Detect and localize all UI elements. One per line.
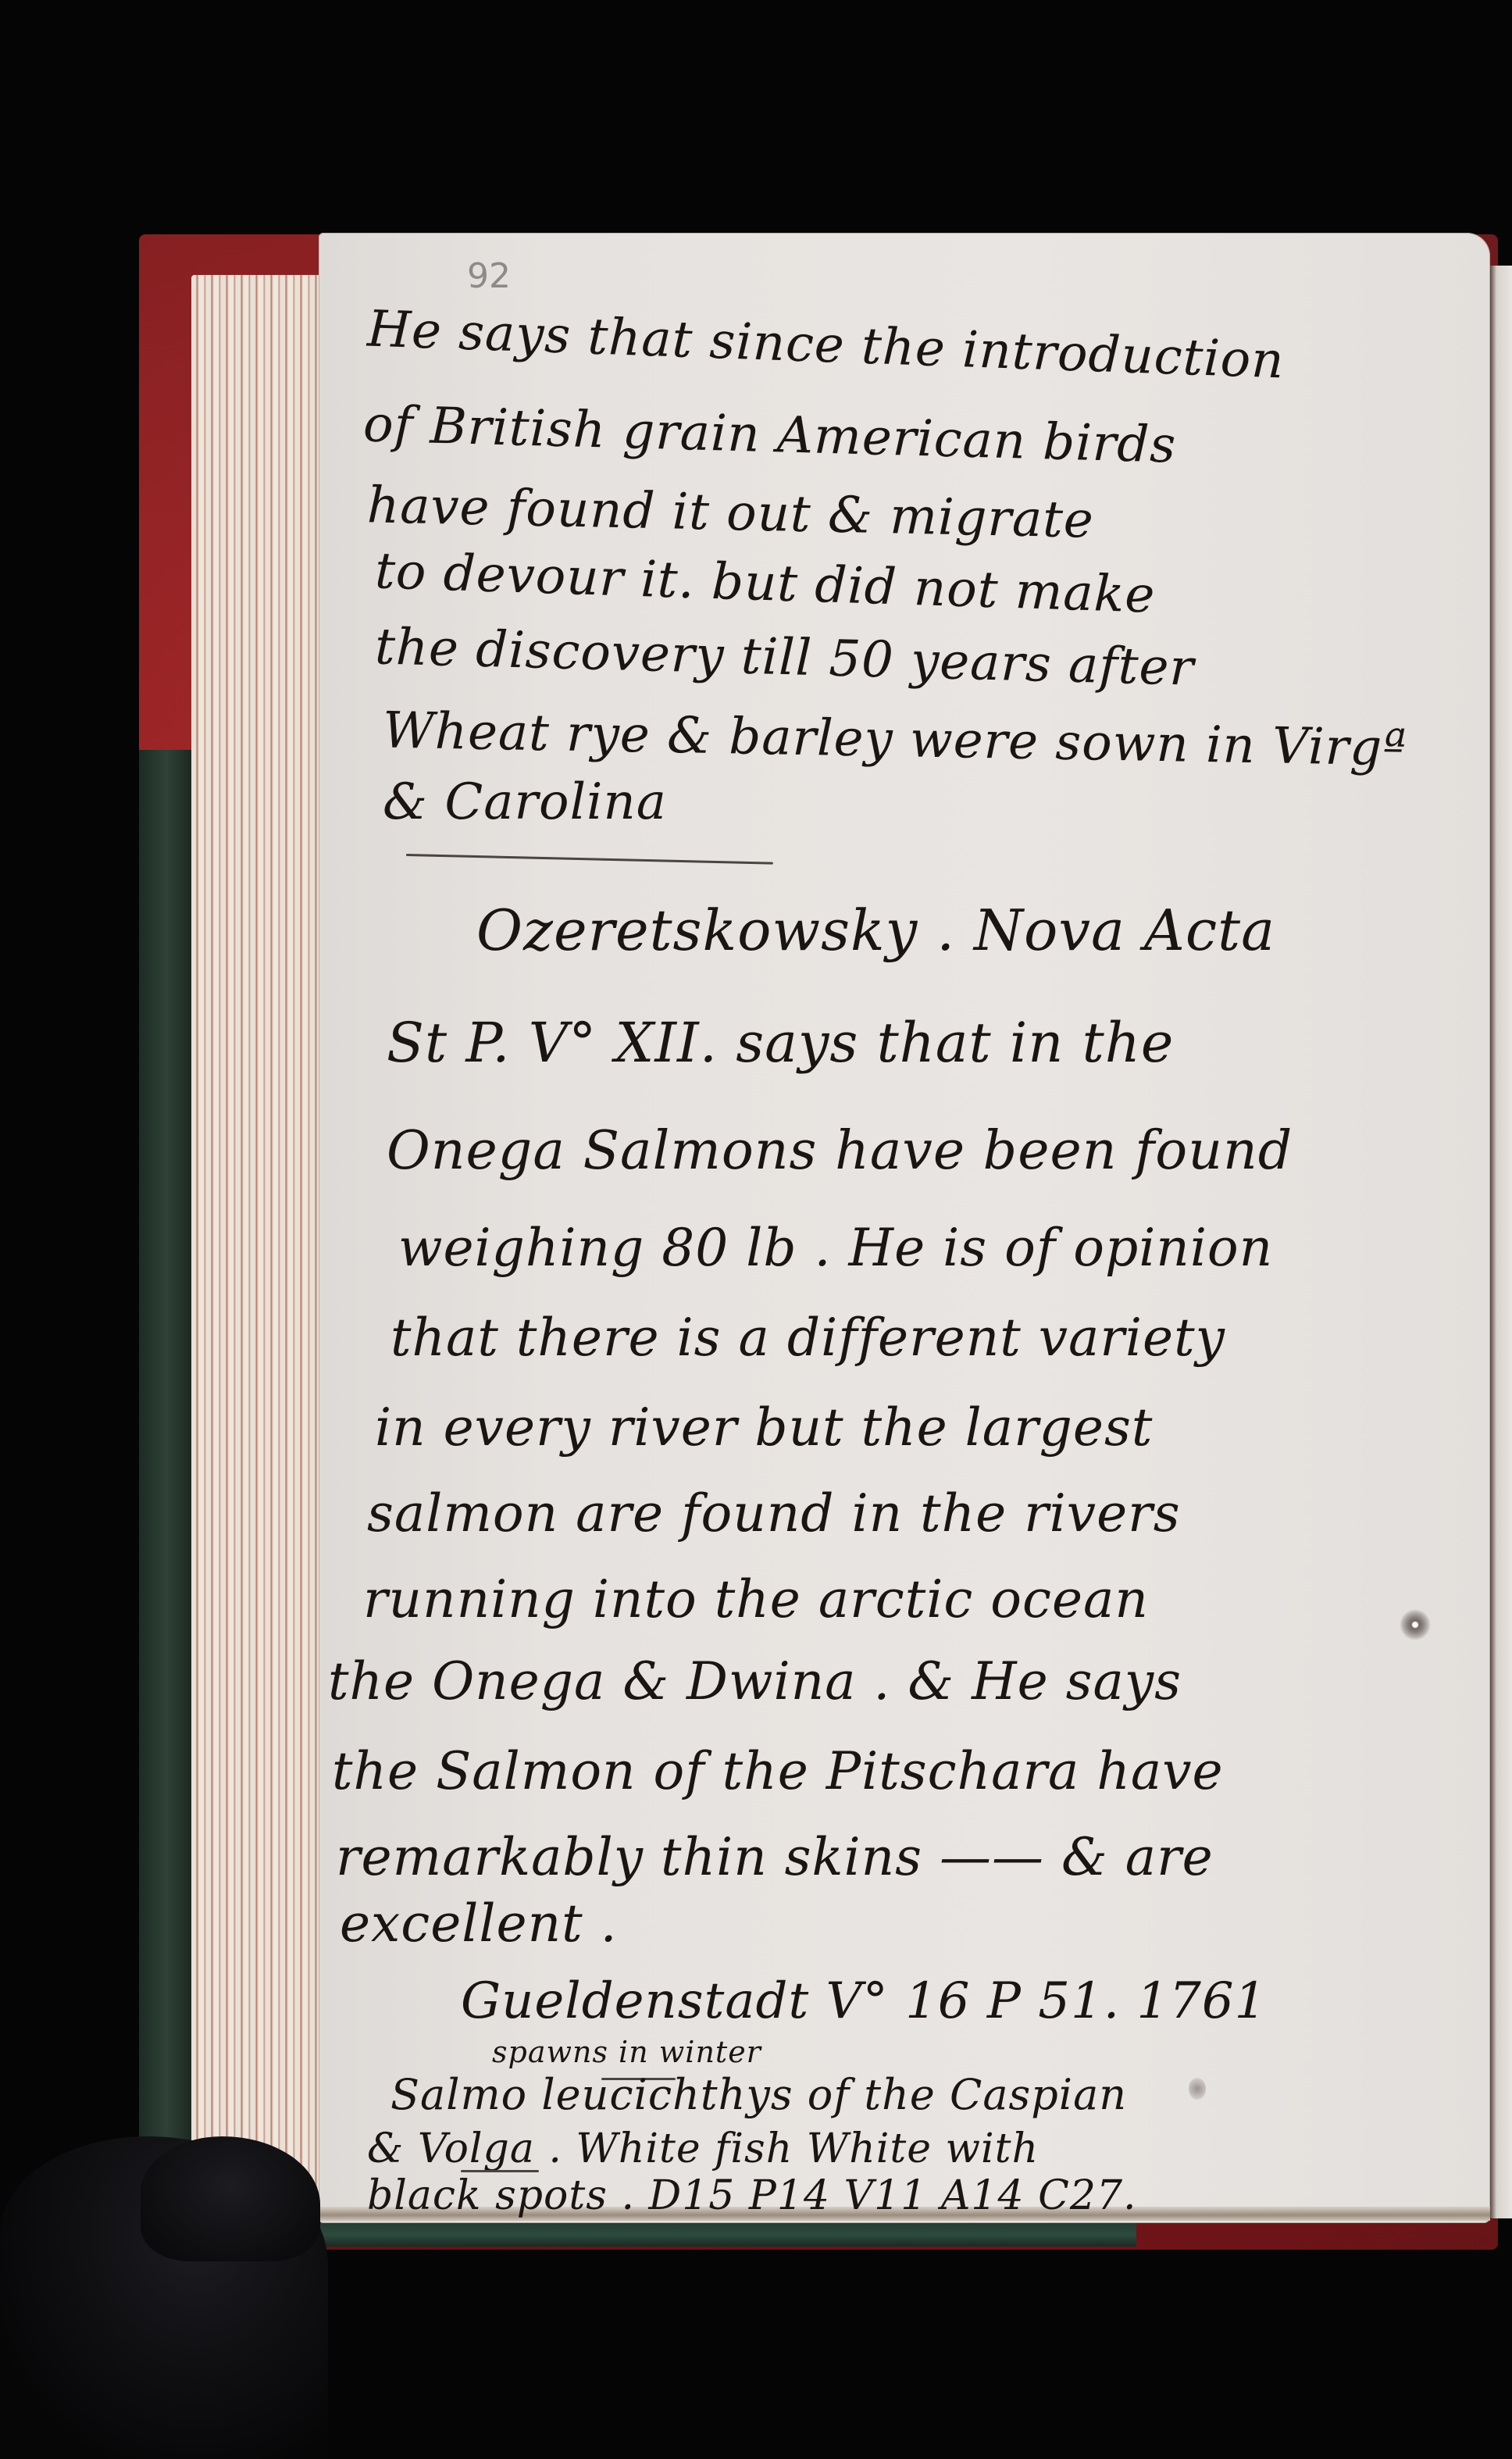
- entry-2-line-10: the Salmon of the Pitschara have: [332, 1746, 1224, 1797]
- pencil-page-number: 92: [467, 256, 511, 296]
- entry-2-line-1: Ozeretskowsky . Nova Acta: [476, 902, 1275, 958]
- page-stack-edges: [191, 275, 324, 2220]
- entry-2-line-5: that there is a different variety: [390, 1312, 1225, 1364]
- entry-2-line-12: excellent .: [340, 1898, 618, 1950]
- entry-1-line-7: & Carolina: [383, 777, 667, 827]
- entry-2-line-11: remarkably thin skins —— & are: [336, 1832, 1214, 1883]
- manuscript-photo: 92 He says that since the introduction o…: [0, 0, 1512, 2459]
- entry-3-interlinear-note: spawns in winter: [492, 2035, 761, 2069]
- entry-3-line-1: Gueldenstadt V° 16 P 51. 1761: [461, 1976, 1267, 2026]
- page-stain: [1400, 1609, 1431, 1640]
- entry-2-line-2: St P. V° XII. says that in the: [387, 1015, 1174, 1070]
- entry-3-line-3: & Volga . White fish White with: [367, 2129, 1039, 2169]
- entry-3-line-2: Salmo leucichthys of the Caspian: [390, 2074, 1127, 2116]
- entry-2-line-3: Onega Salmons have been found: [387, 1125, 1293, 1178]
- entry-2-line-4: weighing 80 lb . He is of opinion: [398, 1222, 1273, 1274]
- cover-marbled-edge: [139, 750, 194, 2195]
- entry-1-line-3: have found it out & migrate: [366, 480, 1094, 545]
- entry-2-line-7: salmon are found in the rivers: [367, 1488, 1181, 1540]
- facing-page-edge: [1490, 266, 1512, 2218]
- entry-2-line-9: the Onega & Dwina . & He says: [328, 1656, 1182, 1708]
- entry-2-line-6: in every river but the largest: [375, 1402, 1153, 1454]
- page-stain-small: [1189, 2078, 1206, 2100]
- entry-2-line-8: running into the arctic ocean: [363, 1574, 1149, 1626]
- entry-3-line-4: black spots . D15 P14 V11 A14 C27.: [367, 2175, 1137, 2216]
